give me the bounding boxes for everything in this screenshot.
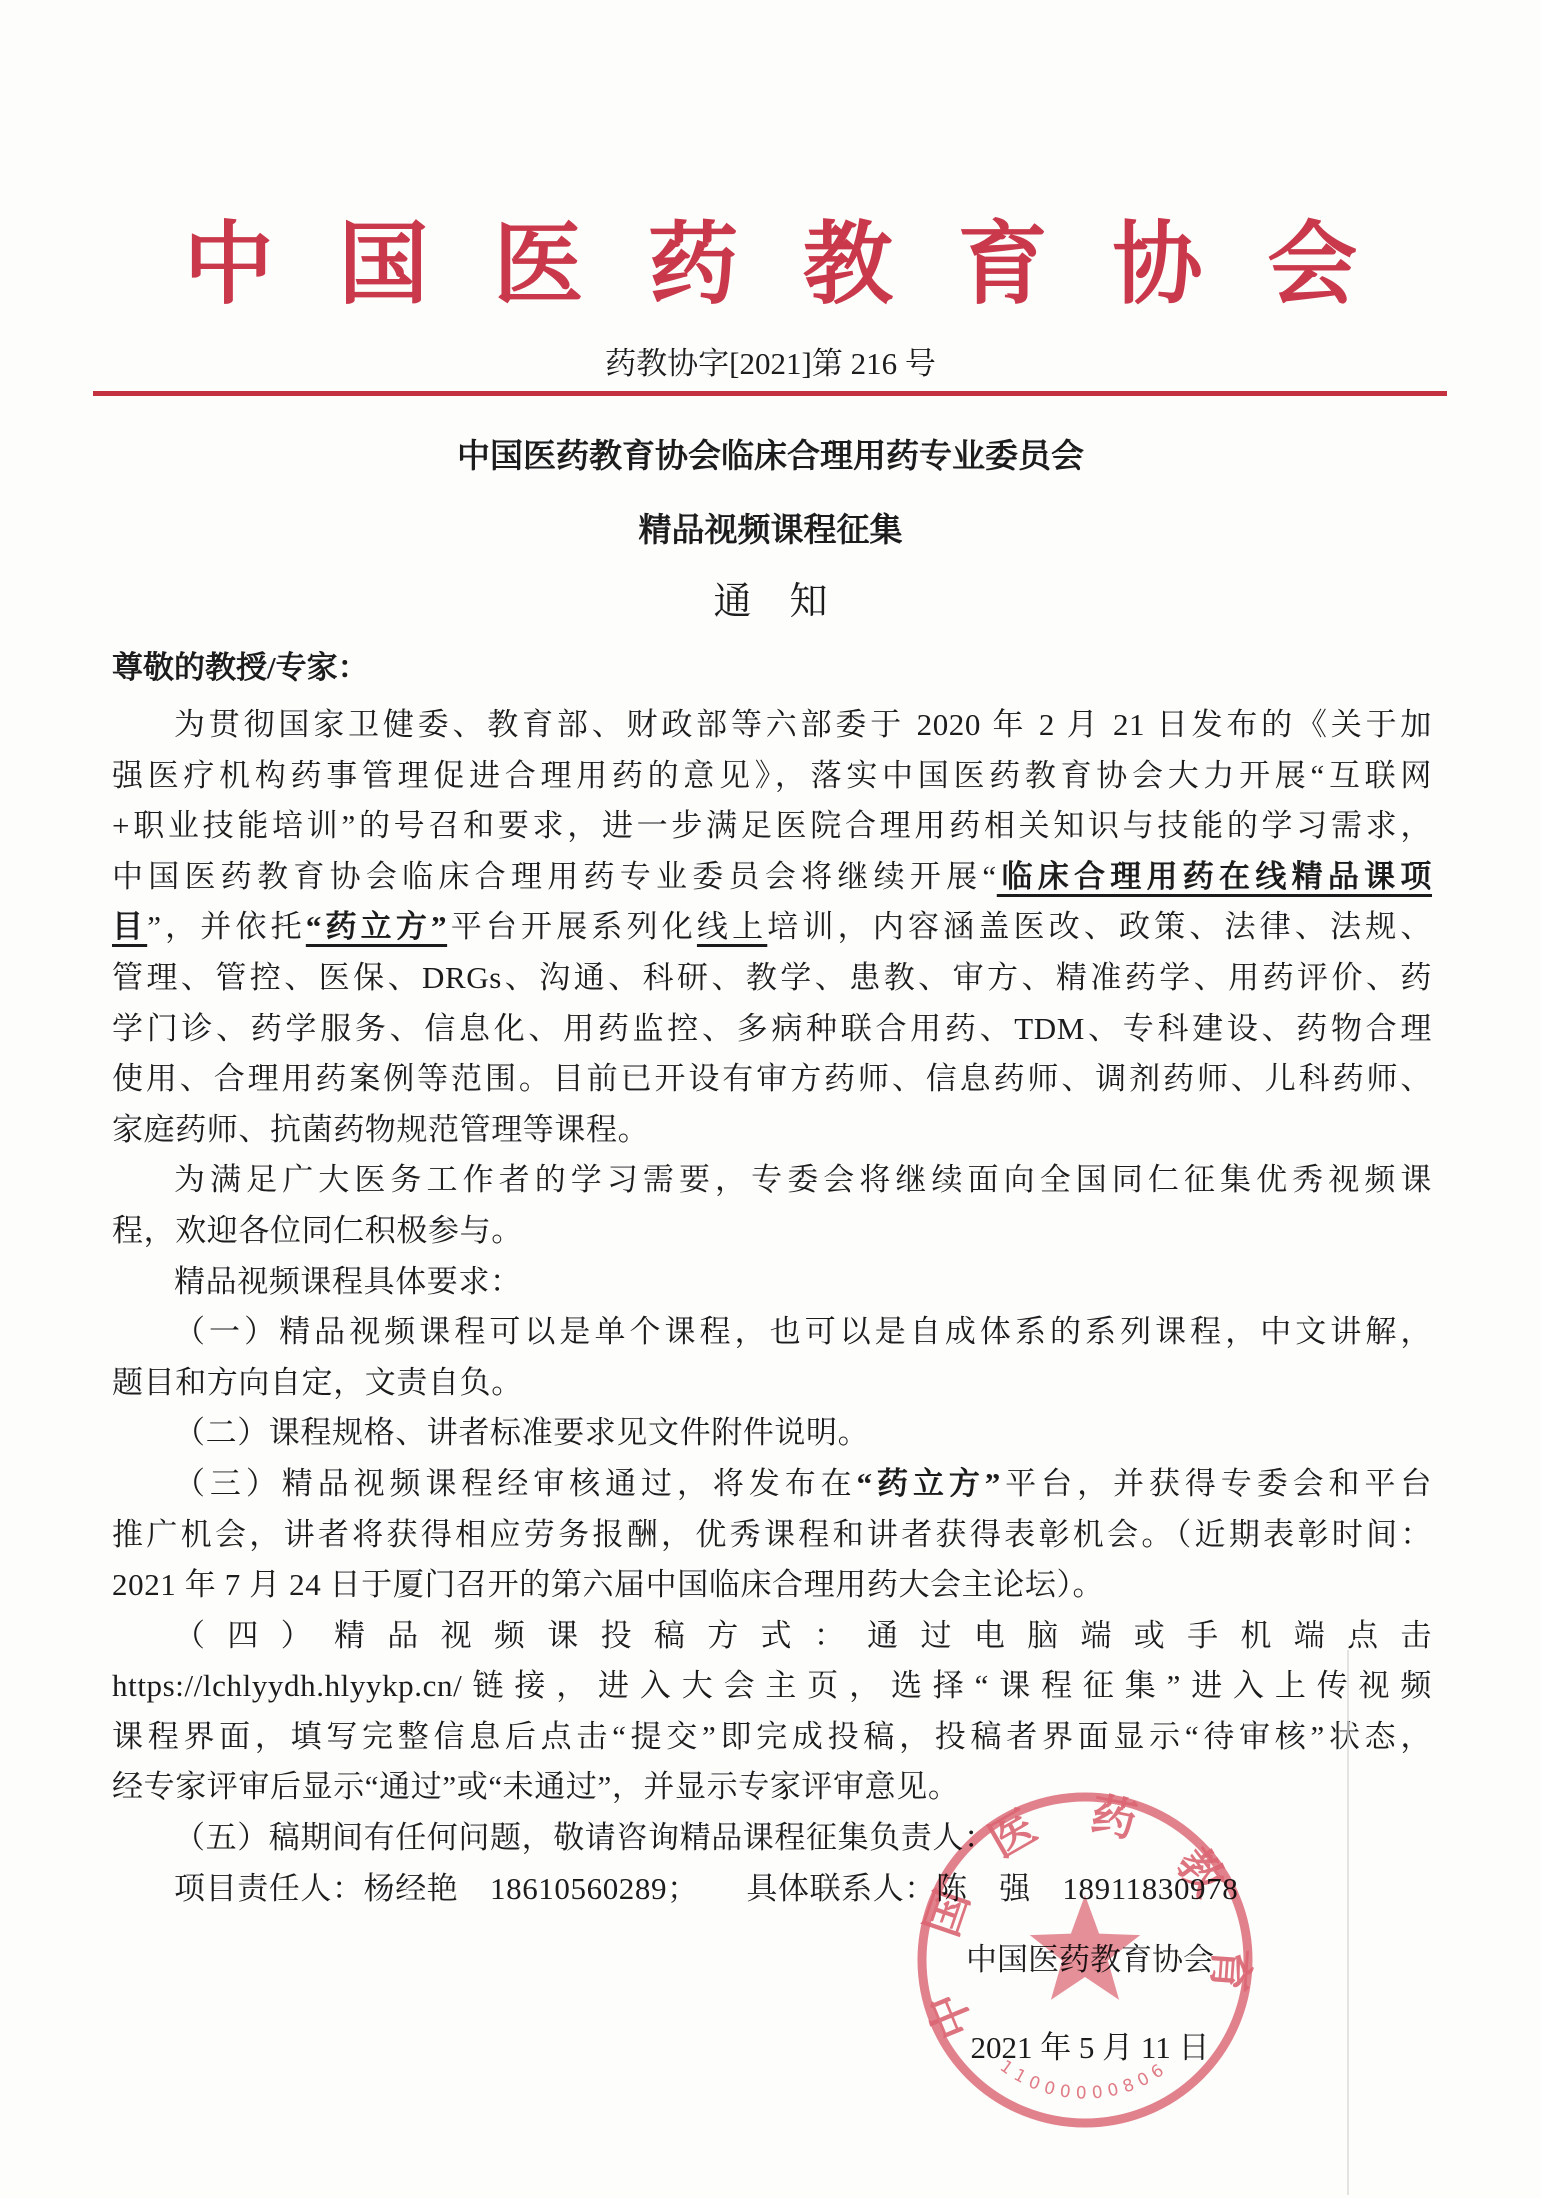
body-line: （四）精品视频课投稿方式：通过电脑端或手机端点击 (112, 1611, 1432, 1662)
signature-org: 中国医药教育协会 (899, 1938, 1281, 1982)
text-segment: 推广机会，讲者将获得相应劳务报酬，优秀课程和讲者获得表彰机会。（近期表彰时间： (112, 1517, 1432, 1552)
body-line: （二）课程规格、讲者标准要求见文件附件说明。 (112, 1408, 1432, 1459)
body-line: 项目责任人：杨经艳 18610560289； 具体联系人：陈 强 1891183… (112, 1864, 1432, 1915)
text-segment: “药立方” (306, 909, 447, 944)
text-segment: 使用、合理用药案例等范围。目前已开设有审方药师、信息药师、调剂药师、儿科药师、 (112, 1061, 1432, 1096)
body-line: 题目和方向自定，文责自负。 (112, 1358, 1432, 1409)
body-line: （五）稿期间有任何问题，敬请咨询精品课程征集负责人： (112, 1813, 1432, 1864)
greeting-line: 尊敬的教授/专家： (112, 646, 369, 690)
red-divider-rule (93, 391, 1447, 396)
text-segment: 平台开展系列化 (447, 909, 697, 944)
text-segment: 题目和方向自定，文责自负。 (112, 1365, 523, 1400)
text-segment: 学门诊、药学服务、信息化、用药监控、多病种联合用药、TDM、专科建设、药物合理 (112, 1011, 1432, 1046)
body-line: （三）精品视频课程经审核通过，将发布在“药立方”平台，并获得专委会和平台 (112, 1459, 1432, 1510)
text-segment: 2021 年 7 月 24 日于厦门召开的第六届中国临床合理用药大会主论坛）。 (112, 1567, 1104, 1602)
doc-number: 药教协字[2021]第 216 号 (0, 338, 1541, 390)
notice-document-page: 中国医药教育协会 药教协字[2021]第 216 号 中国医药教育协会临床合理用… (0, 0, 1541, 2198)
text-segment: ”，并依托 (147, 909, 306, 944)
notice-title: 通 知 (0, 576, 1541, 628)
text-segment: 经专家评审后显示“通过”或“未通过”，并显示专家评审意见。 (112, 1769, 959, 1804)
text-segment: （五）稿期间有任何问题，敬请咨询精品课程征集负责人： (174, 1820, 996, 1855)
text-segment: 强医疗机构药事管理促进合理用药的意见》，落实中国医药教育协会大力开展“互联网 (112, 758, 1432, 793)
body-line: 为贯彻国家卫健委、教育部、财政部等六部委于 2020 年 2 月 21 日发布的… (112, 700, 1432, 751)
text-segment: 为贯彻国家卫健委、教育部、财政部等六部委于 2020 年 2 月 21 日发布的… (174, 707, 1432, 742)
body-line: 精品视频课程具体要求： (112, 1257, 1432, 1308)
body-line: 为满足广大医务工作者的学习需要，专委会将继续面向全国同仁征集优秀视频课 (112, 1155, 1432, 1206)
text-segment: 为满足广大医务工作者的学习需要，专委会将继续面向全国同仁征集优秀视频课 (174, 1162, 1432, 1197)
org-header-title: 中国医药教育协会 (0, 208, 1541, 323)
body-line: 管理、管控、医保、DRGs、沟通、科研、教学、患教、审方、精准药学、用药评价、药 (112, 953, 1432, 1004)
text-segment: “药立方” (857, 1466, 1001, 1501)
body-line: 使用、合理用药案例等范围。目前已开设有审方药师、信息药师、调剂药师、儿科药师、 (112, 1054, 1432, 1105)
body-line: （一）精品视频课程可以是单个课程，也可以是自成体系的系列课程，中文讲解， (112, 1307, 1432, 1358)
text-segment: 目 (112, 909, 147, 944)
notice-body: 为贯彻国家卫健委、教育部、财政部等六部委于 2020 年 2 月 21 日发布的… (112, 700, 1432, 1914)
course-collection-title: 精品视频课程征集 (0, 508, 1541, 554)
signature-date: 2021 年 5 月 11 日 (899, 2026, 1281, 2070)
body-line: 中国医药教育协会临床合理用药专业委员会将继续开展“临床合理用药在线精品课项 (112, 852, 1432, 903)
text-segment: https://lchlyydh.hlyykp.cn/链接，进入大会主页，选择“… (112, 1668, 1432, 1703)
text-segment: 家庭药师、抗菌药物规范管理等课程。 (112, 1112, 649, 1147)
text-segment: （四）精品视频课投稿方式：通过电脑端或手机端点击 (174, 1618, 1432, 1653)
body-line: 强医疗机构药事管理促进合理用药的意见》，落实中国医药教育协会大力开展“互联网 (112, 751, 1432, 802)
text-segment: 临床合理用药在线精品课项 (997, 859, 1432, 894)
text-segment: 平台，并获得专委会和平台 (1001, 1466, 1432, 1501)
text-segment: 培训，内容涵盖医改、政策、法律、法规、 (767, 909, 1432, 944)
text-segment: （三）精品视频课程经审核通过，将发布在 (174, 1466, 857, 1501)
text-segment: 中国医药教育协会临床合理用药专业委员会将继续开展“ (112, 859, 997, 894)
text-segment: 项目责任人：杨经艳 18610560289； 具体联系人：陈 强 1891183… (174, 1871, 1238, 1906)
body-line: 家庭药师、抗菌药物规范管理等课程。 (112, 1105, 1432, 1156)
text-segment: 课程界面，填写完整信息后点击“提交”即完成投稿，投稿者界面显示“待审核”状态， (112, 1719, 1432, 1754)
text-segment: +职业技能培训”的号召和要求，进一步满足医院合理用药相关知识与技能的学习需求， (112, 808, 1432, 843)
text-segment: 程，欢迎各位同仁积极参与。 (112, 1213, 523, 1248)
body-line: 目”，并依托“药立方”平台开展系列化线上培训，内容涵盖医改、政策、法律、法规、 (112, 902, 1432, 953)
text-segment: （二）课程规格、讲者标准要求见文件附件说明。 (174, 1415, 869, 1450)
text-segment: 线上 (697, 909, 767, 944)
body-line: 程，欢迎各位同仁积极参与。 (112, 1206, 1432, 1257)
text-segment: 管理、管控、医保、DRGs、沟通、科研、教学、患教、审方、精准药学、用药评价、药 (112, 960, 1432, 995)
body-line: https://lchlyydh.hlyykp.cn/链接，进入大会主页，选择“… (112, 1661, 1432, 1712)
body-line: 学门诊、药学服务、信息化、用药监控、多病种联合用药、TDM、专科建设、药物合理 (112, 1004, 1432, 1055)
body-line: 经专家评审后显示“通过”或“未通过”，并显示专家评审意见。 (112, 1762, 1432, 1813)
text-segment: 精品视频课程具体要求： (174, 1264, 522, 1299)
body-line: 2021 年 7 月 24 日于厦门召开的第六届中国临床合理用药大会主论坛）。 (112, 1560, 1432, 1611)
body-line: 课程界面，填写完整信息后点击“提交”即完成投稿，投稿者界面显示“待审核”状态， (112, 1712, 1432, 1763)
body-line: +职业技能培训”的号召和要求，进一步满足医院合理用药相关知识与技能的学习需求， (112, 801, 1432, 852)
text-segment: （一）精品视频课程可以是单个课程，也可以是自成体系的系列课程，中文讲解， (174, 1314, 1432, 1349)
body-line: 推广机会，讲者将获得相应劳务报酬，优秀课程和讲者获得表彰机会。（近期表彰时间： (112, 1510, 1432, 1561)
scan-artifact-line (1347, 1650, 1349, 2195)
committee-title: 中国医药教育协会临床合理用药专业委员会 (0, 434, 1541, 480)
